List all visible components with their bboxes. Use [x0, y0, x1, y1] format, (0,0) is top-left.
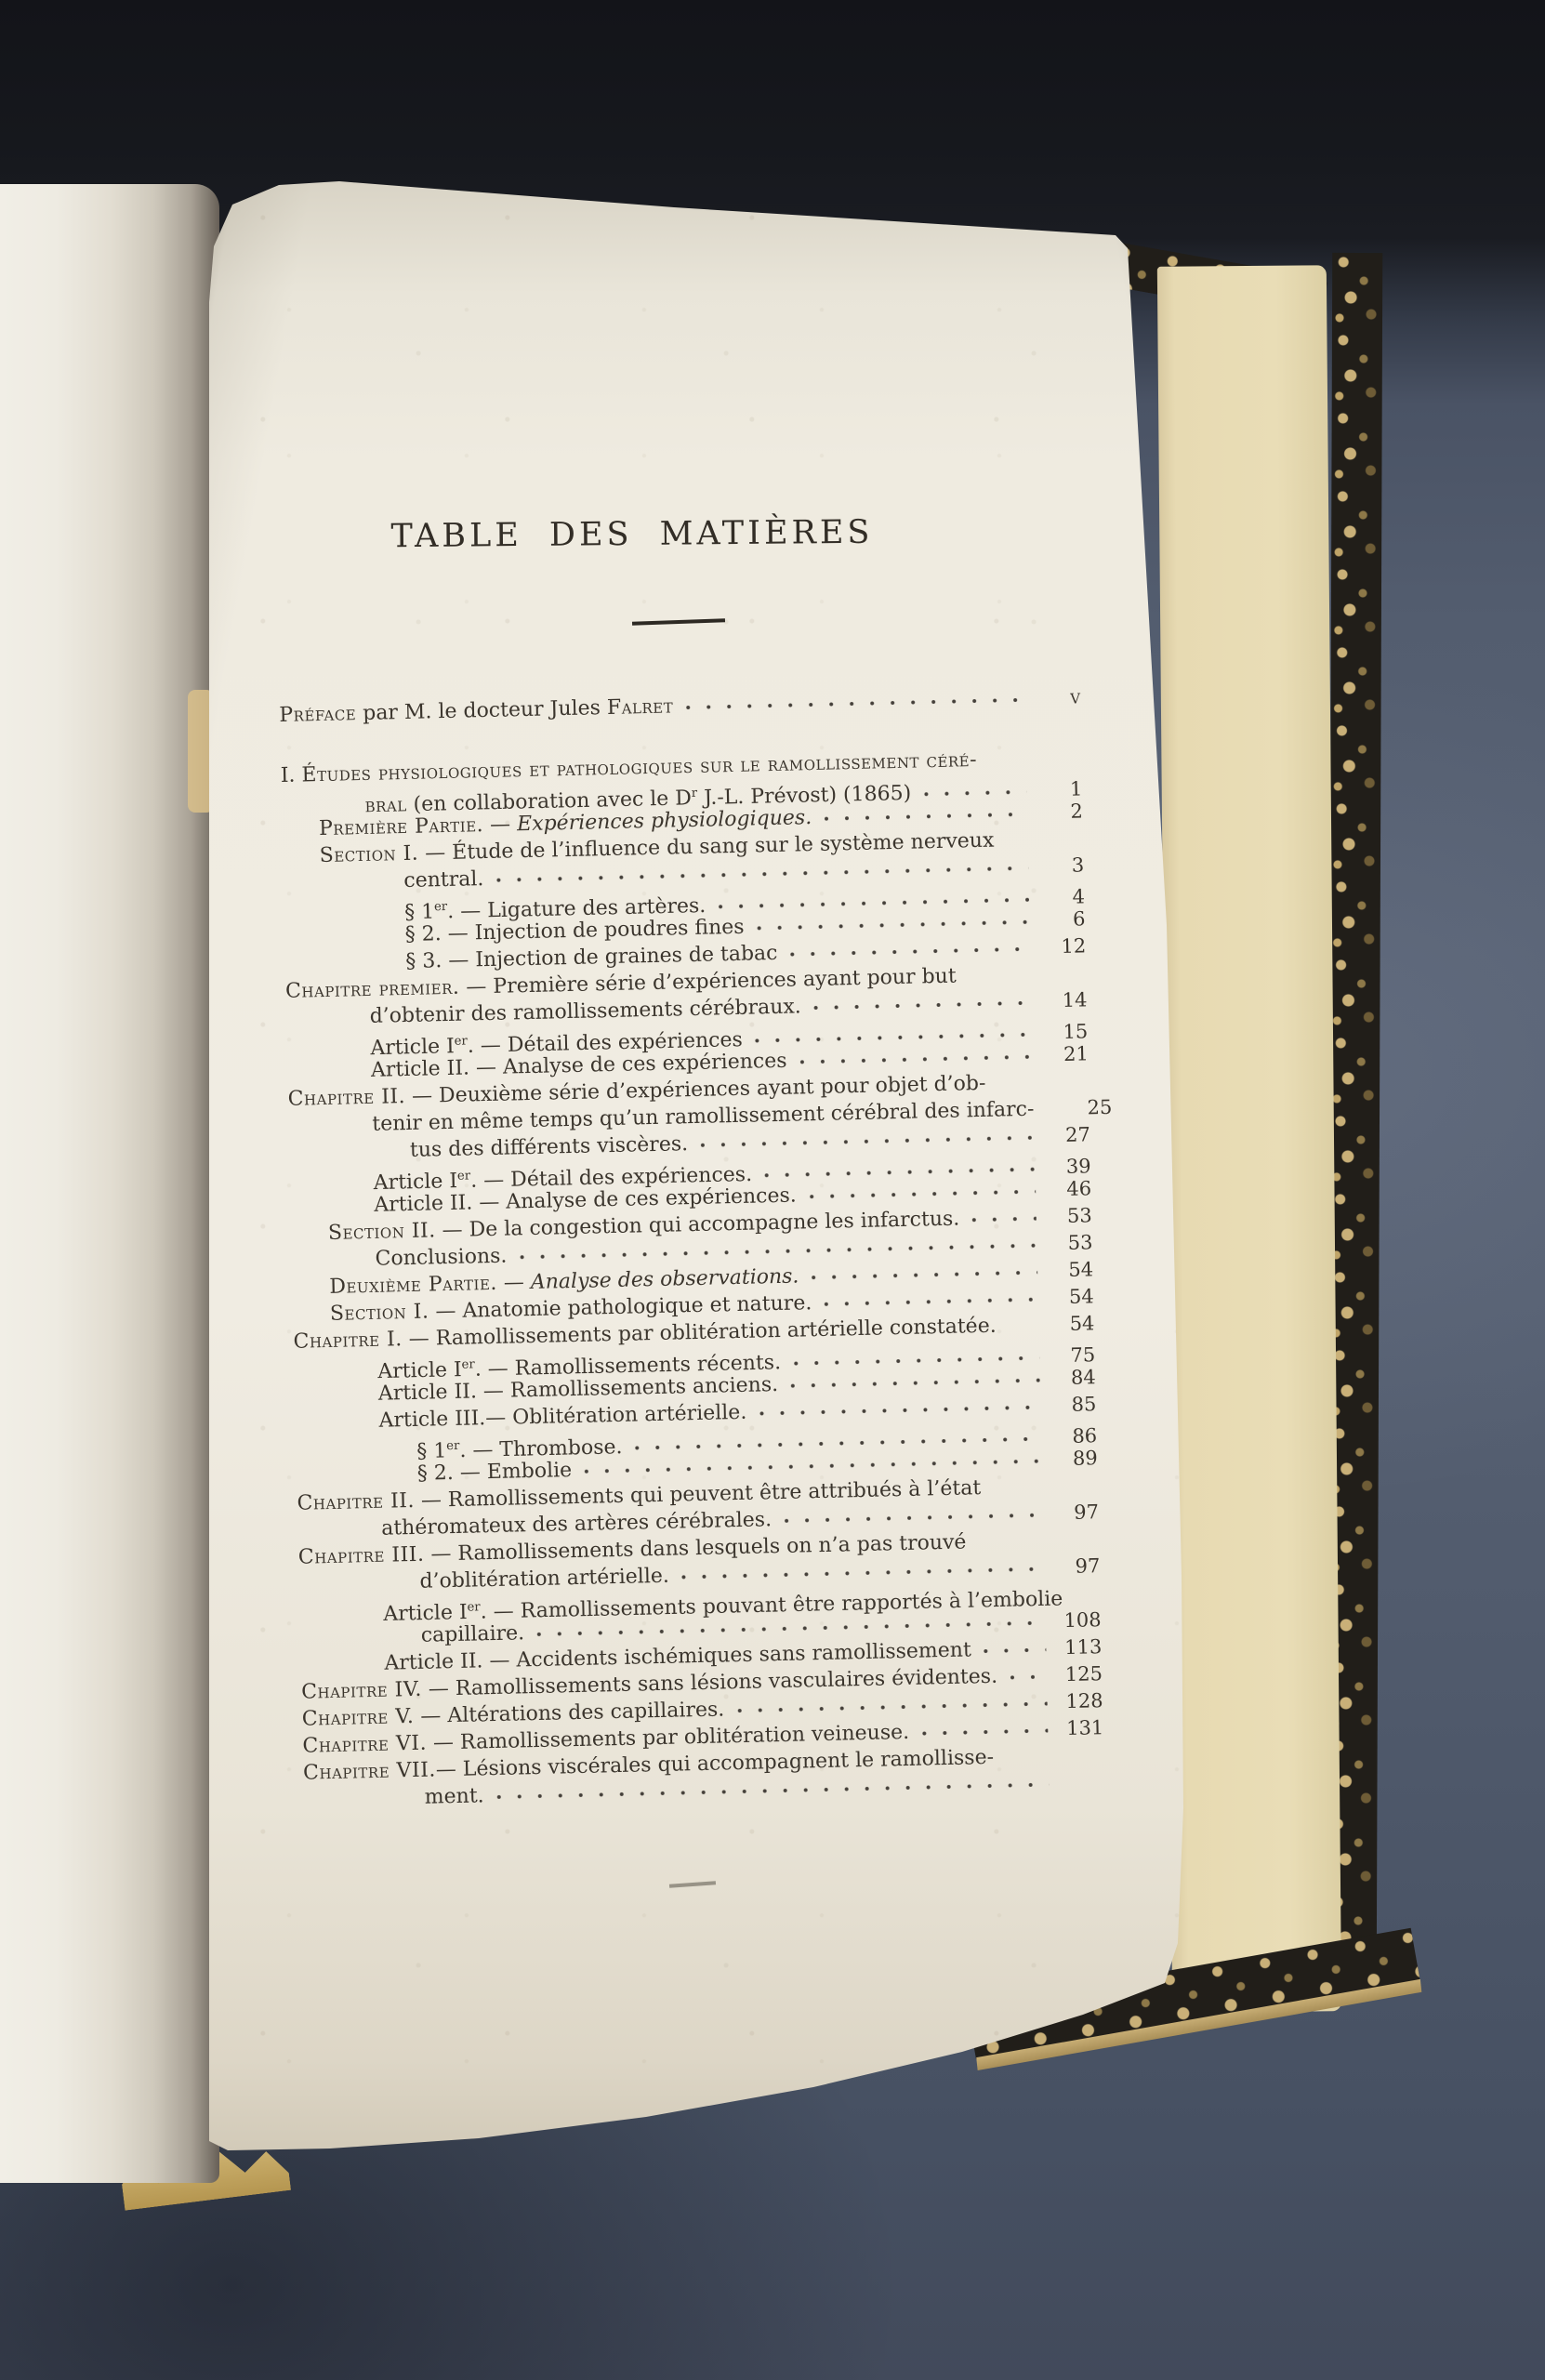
toc-entry-label: ment. [303, 1782, 483, 1813]
toc-page-number [1052, 1491, 1099, 1492]
toc-page-number: 113 [1055, 1633, 1103, 1661]
toc-page-number: 54 [1047, 1283, 1094, 1311]
dot-leader [823, 811, 1027, 824]
toc-page-number: 3 [1037, 852, 1085, 879]
dot-leader [810, 1269, 1037, 1283]
toc-page-number: 125 [1056, 1660, 1103, 1688]
toc-page-number: 84 [1049, 1364, 1096, 1392]
toc-page-number: 46 [1045, 1175, 1092, 1203]
toc-page-number: 85 [1050, 1391, 1097, 1419]
dot-leader [758, 1404, 1040, 1419]
toc-page-number: 53 [1045, 1202, 1092, 1230]
toc-page-number: 108 [1054, 1606, 1102, 1634]
toc-page-number: 54 [1048, 1310, 1095, 1338]
toc-page-number: 21 [1042, 1040, 1089, 1068]
book-page: TABLE DES MATIÈRES Préface par M. le doc… [209, 181, 1190, 2157]
dot-leader [988, 757, 1026, 766]
toc-page-number [1094, 1604, 1141, 1605]
toc-page-number: 27 [1043, 1121, 1090, 1149]
toc-page-number: 54 [1047, 1256, 1094, 1284]
toc-page-number: 12 [1039, 932, 1087, 960]
dot-leader [789, 1377, 1040, 1391]
toc-page-number: 14 [1040, 986, 1088, 1014]
toc-page-number: 2 [1037, 798, 1084, 826]
facing-page [0, 184, 219, 2183]
dot-leader [823, 1296, 1038, 1309]
dot-leader [735, 1700, 1048, 1716]
toc-list: Préface par M. le docteur Jules FalretvI… [279, 683, 1105, 1813]
dot-leader [812, 999, 1032, 1012]
toc-entry: Préface par M. le docteur Jules Falretv [279, 683, 1080, 729]
page-title: TABLE DES MATIÈRES [307, 513, 957, 556]
dot-leader [1005, 1754, 1049, 1764]
toc-page-number [1036, 763, 1082, 764]
title-rule [632, 618, 725, 625]
dot-leader [1045, 1106, 1056, 1115]
toc-page-number: 97 [1053, 1553, 1101, 1580]
dot-leader [583, 1458, 1042, 1476]
dot-leader [684, 696, 1024, 712]
dot-leader [1005, 838, 1027, 847]
toc-page-number: 128 [1056, 1687, 1103, 1715]
end-of-toc-mark [669, 1881, 716, 1887]
dot-leader [922, 788, 1026, 800]
toc-page-number [1059, 1788, 1105, 1789]
dot-leader [783, 1512, 1043, 1526]
dot-leader [977, 1539, 1043, 1549]
dot-leader [968, 972, 1031, 983]
dot-leader [788, 945, 1030, 959]
dot-leader [495, 1781, 1050, 1803]
dot-leader [983, 1646, 1047, 1657]
dot-leader [992, 1485, 1042, 1494]
toc-page-number [1053, 1545, 1100, 1546]
dot-leader [1074, 1596, 1085, 1605]
toc-page-number [1058, 1761, 1104, 1762]
underlying-page-edge [1157, 265, 1341, 2013]
toc-entry-label: Préface par M. le docteur Jules Falret [279, 693, 674, 729]
toc-page-number: 25 [1065, 1094, 1113, 1122]
toc-page-number [1037, 844, 1084, 845]
dot-leader [1008, 1323, 1039, 1332]
dot-leader [756, 919, 1030, 933]
dot-leader [971, 1215, 1037, 1225]
toc-page-number: 131 [1057, 1714, 1104, 1742]
toc-page-number: v [1034, 683, 1081, 711]
toc-page-number: 89 [1050, 1445, 1098, 1473]
toc-page-number: 6 [1038, 906, 1086, 933]
toc-page-number [1043, 1087, 1089, 1088]
dot-leader [920, 1727, 1048, 1739]
dot-leader [680, 1566, 1045, 1582]
dot-leader [1009, 1673, 1047, 1683]
toc-page-number: 53 [1046, 1229, 1093, 1257]
toc-page-number [1040, 979, 1087, 980]
toc-page-number: 97 [1052, 1499, 1100, 1527]
dot-leader [798, 1053, 1033, 1067]
dot-leader [808, 1188, 1037, 1202]
dot-leader [699, 1134, 1035, 1150]
dot-leader [997, 1080, 1033, 1090]
